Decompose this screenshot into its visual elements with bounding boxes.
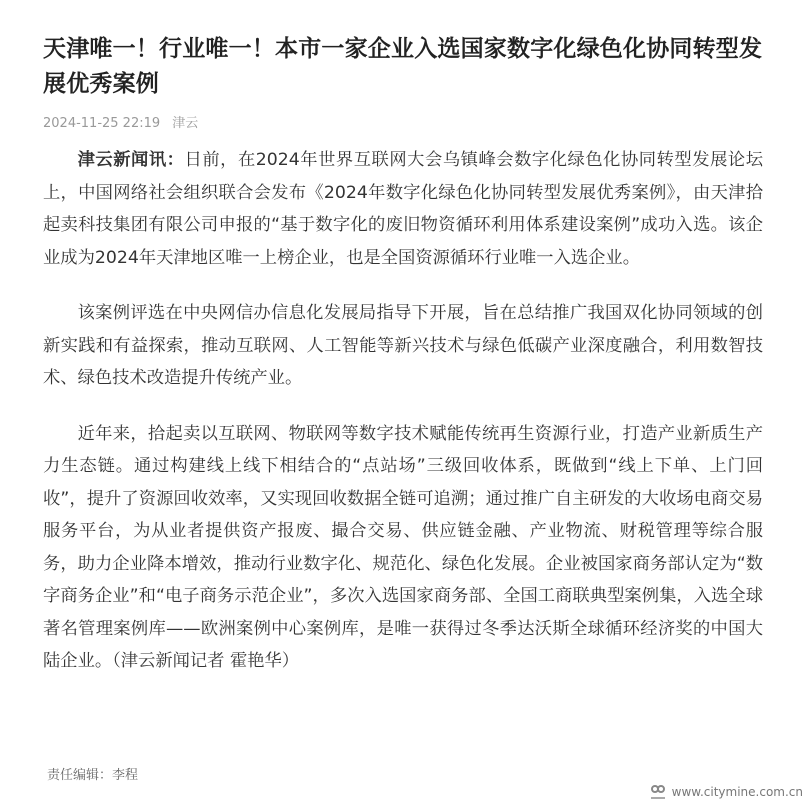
article-title: 天津唯一！行业唯一！本市一家企业入选国家数字化绿色化协同转型发展优秀案例 [43, 32, 763, 102]
watermark-url: www.citymine.com.cn [672, 785, 803, 799]
article-body: 津云新闻讯：日前，在2024年世界互联网大会乌镇峰会数字化绿色化协同转型发展论坛… [43, 144, 763, 678]
paragraph-2: 该案例评选在中央网信办信息化发展局指导下开展，旨在总结推广我国双化协同领域的创新… [43, 297, 763, 395]
paragraph-text: 近年来，拾起卖以互联网、物联网等数字技术赋能传统再生资源行业，打造产业新质生产力… [43, 424, 763, 672]
publish-datetime: 2024-11-25 22:19 [43, 116, 160, 131]
article-meta: 2024-11-25 22:19 津云 [43, 114, 763, 134]
paragraph-text: 该案例评选在中央网信办信息化发展局指导下开展，旨在总结推广我国双化协同领域的创新… [43, 303, 763, 388]
paragraph-1: 津云新闻讯：日前，在2024年世界互联网大会乌镇峰会数字化绿色化协同转型发展论坛… [43, 144, 763, 274]
paragraph-3: 近年来，拾起卖以互联网、物联网等数字技术赋能传统再生资源行业，打造产业新质生产力… [43, 418, 763, 678]
responsible-editor: 责任编辑：李程 [47, 764, 138, 783]
article: 天津唯一！行业唯一！本市一家企业入选国家数字化绿色化协同转型发展优秀案例 202… [43, 32, 763, 701]
citymine-logo-icon [650, 785, 666, 799]
article-source: 津云 [172, 116, 198, 131]
watermark: www.citymine.com.cn [650, 785, 803, 799]
dateline-lead: 津云新闻讯： [78, 150, 185, 170]
